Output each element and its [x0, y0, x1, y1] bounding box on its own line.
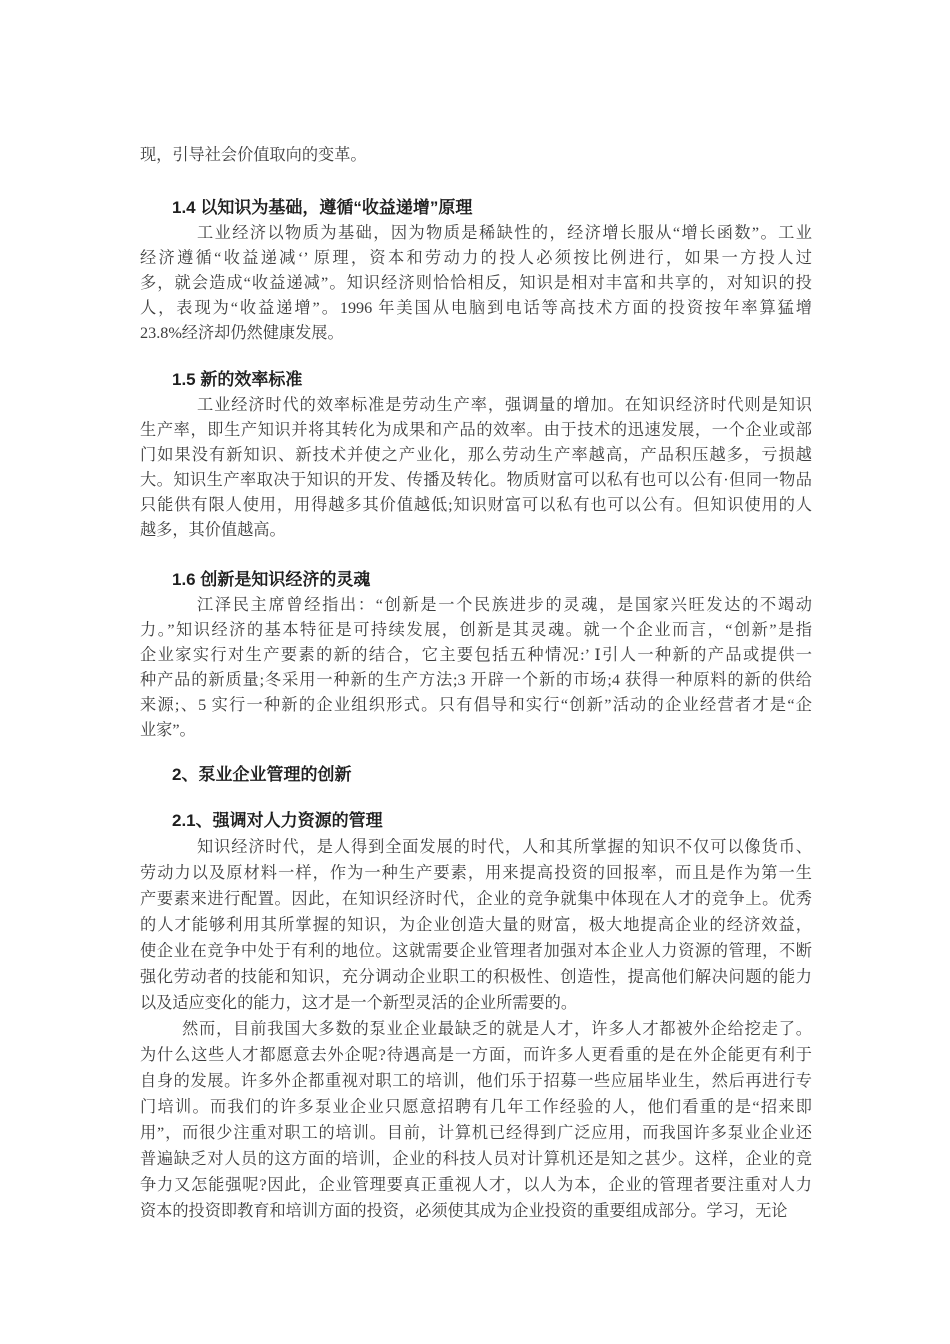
text-line: 只能供有限人使用，用得越多其价值越低;知识财富可以私有也可以公有。但知识使用的人 [140, 493, 812, 518]
heading-2: 2、泵业企业管理的创新 [140, 762, 812, 787]
paragraph-1-5: 工业经济时代的效率标准是劳动生产率，强调量的增加。在知识经济时代则是知识生产率，… [140, 393, 812, 543]
heading-1-4: 1.4 以知识为基础，遵循“收益递增”原理 [140, 195, 812, 220]
heading-1-5: 1.5 新的效率标准 [140, 367, 812, 392]
paragraph-2-1-a: 知识经济时代，是人得到全面发展的时代，人和其所掌握的知识不仅可以像货币、劳动力以… [140, 834, 812, 1016]
text-line: 为什么这些人才都愿意去外企呢?待遇高是一方面，而许多人更看重的是在外企能更有利于 [140, 1042, 812, 1068]
text-line: 门培训。而我们的许多泵业企业只愿意招聘有几年工作经验的人，他们看重的是“招来即 [140, 1094, 812, 1120]
text-line: 生产率，即生产知识并将其转化为成果和产品的效率。由于技术的迅速发展，一个企业或部 [140, 418, 812, 443]
paragraph-1-4: 工业经济以物质为基础，因为物质是稀缺性的，经济增长服从“增长函数”。工业经济遵循… [140, 221, 812, 346]
text-line: 然而，目前我国大多数的泵业企业最缺乏的就是人才，许多人才都被外企给挖走了。 [140, 1016, 812, 1042]
text-line: 来源;、5 实行一种新的企业组织形式。只有倡导和实行“创新”活动的企业经营者才是… [140, 693, 812, 718]
text-line: 使企业在竞争中处于有利的地位。这就需要企业管理者加强对本企业人力资源的管理，不断 [140, 938, 812, 964]
text-line: 自身的发展。许多外企都重视对职工的培训，他们乐于招募一些应届毕业生，然后再进行专 [140, 1068, 812, 1094]
text-line: 经济遵循“收益递减‘’ 原理，资本和劳动力的投人必须按比例进行，如果一方投人过 [140, 246, 812, 271]
text-line: 力。”知识经济的基本特征是可持续发展，创新是其灵魂。就一个企业而言，“创新”是指 [140, 618, 812, 643]
text-line: 工业经济以物质为基础，因为物质是稀缺性的，经济增长服从“增长函数”。工业 [140, 221, 812, 246]
text-line: 劳动力以及原材料一样，作为一种生产要素，用来提高投资的回报率，而且是作为第一生 [140, 860, 812, 886]
text-line: 门如果没有新知识、新技术并使之产业化，那么劳动生产率越高，产品积压越多，亏损越 [140, 443, 812, 468]
text-line: 争力又怎能强呢?因此，企业管理要真正重视人才，以人为本，企业的管理者要注重对人力 [140, 1172, 812, 1198]
text-line: 多，就会造成“收益递减”。知识经济则恰恰相反，知识是相对丰富和共享的，对知识的投 [140, 271, 812, 296]
text-line: 资本的投资即教育和培训方面的投资，必须使其成为企业投资的重要组成部分。学习，无论 [140, 1198, 812, 1224]
text-line: 23.8%经济却仍然健康发展。 [140, 321, 812, 346]
text-line: 的人才能够利用其所掌握的知识，为企业创造大量的财富，极大地提高企业的经济效益， [140, 912, 812, 938]
text-line: 产要素来进行配置。因此，在知识经济时代，企业的竞争就集中体现在人才的竞争上。优秀 [140, 886, 812, 912]
text-line: 用”，而很少注重对职工的培训。目前，计算机已经得到广泛应用，而我国许多泵业企业还 [140, 1120, 812, 1146]
text-line: 普遍缺乏对人员的这方面的培训，企业的科技人员对计算机还是知之甚少。这样，企业的竞 [140, 1146, 812, 1172]
text-line: 工业经济时代的效率标准是劳动生产率，强调量的增加。在知识经济时代则是知识 [140, 393, 812, 418]
text-line: 江泽民主席曾经指出：“创新是一个民族进步的灵魂，是国家兴旺发达的不竭动 [140, 593, 812, 618]
text-line: 大。知识生产率取决于知识的开发、传播及转化。物质财富可以私有也可以公有·但同一物… [140, 468, 812, 493]
text-line: 知识经济时代，是人得到全面发展的时代，人和其所掌握的知识不仅可以像货币、 [140, 834, 812, 860]
text-line: 企业家实行对生产要素的新的结合，它主要包括五种情况:’ Ⅰ引人一种新的产品或提供… [140, 643, 812, 668]
text-line: 业家”。 [140, 718, 812, 743]
heading-2-1: 2.1、强调对人力资源的管理 [140, 808, 812, 833]
text-line: 越多，其价值越高。 [140, 518, 812, 543]
text-line: 现，引导社会价值取向的变革。 [140, 143, 812, 168]
text-line: 种产品的新质量;冬采用一种新的生产方法;3 开辟一个新的市场;4 获得一种原料的… [140, 668, 812, 693]
heading-1-6: 1.6 创新是知识经济的灵魂 [140, 567, 812, 592]
paragraph-2-1-b: 然而，目前我国大多数的泵业企业最缺乏的就是人才，许多人才都被外企给挖走了。为什么… [140, 1016, 812, 1224]
text-line: 以及适应变化的能力，这才是一个新型灵活的企业所需要的。 [140, 990, 812, 1016]
text-line: 人，表现为“收益递增”。1996 年美国从电脑到电话等高技术方面的投资按年率算猛… [140, 296, 812, 321]
paragraph-1-6: 江泽民主席曾经指出：“创新是一个民族进步的灵魂，是国家兴旺发达的不竭动力。”知识… [140, 593, 812, 743]
paragraph-continuation: 现，引导社会价值取向的变革。 [140, 143, 812, 168]
document-page: 现，引导社会价值取向的变革。 1.4 以知识为基础，遵循“收益递增”原理 工业经… [140, 143, 812, 1224]
text-line: 强化劳动者的技能和知识，充分调动企业职工的积极性、创造性，提高他们解决问题的能力 [140, 964, 812, 990]
